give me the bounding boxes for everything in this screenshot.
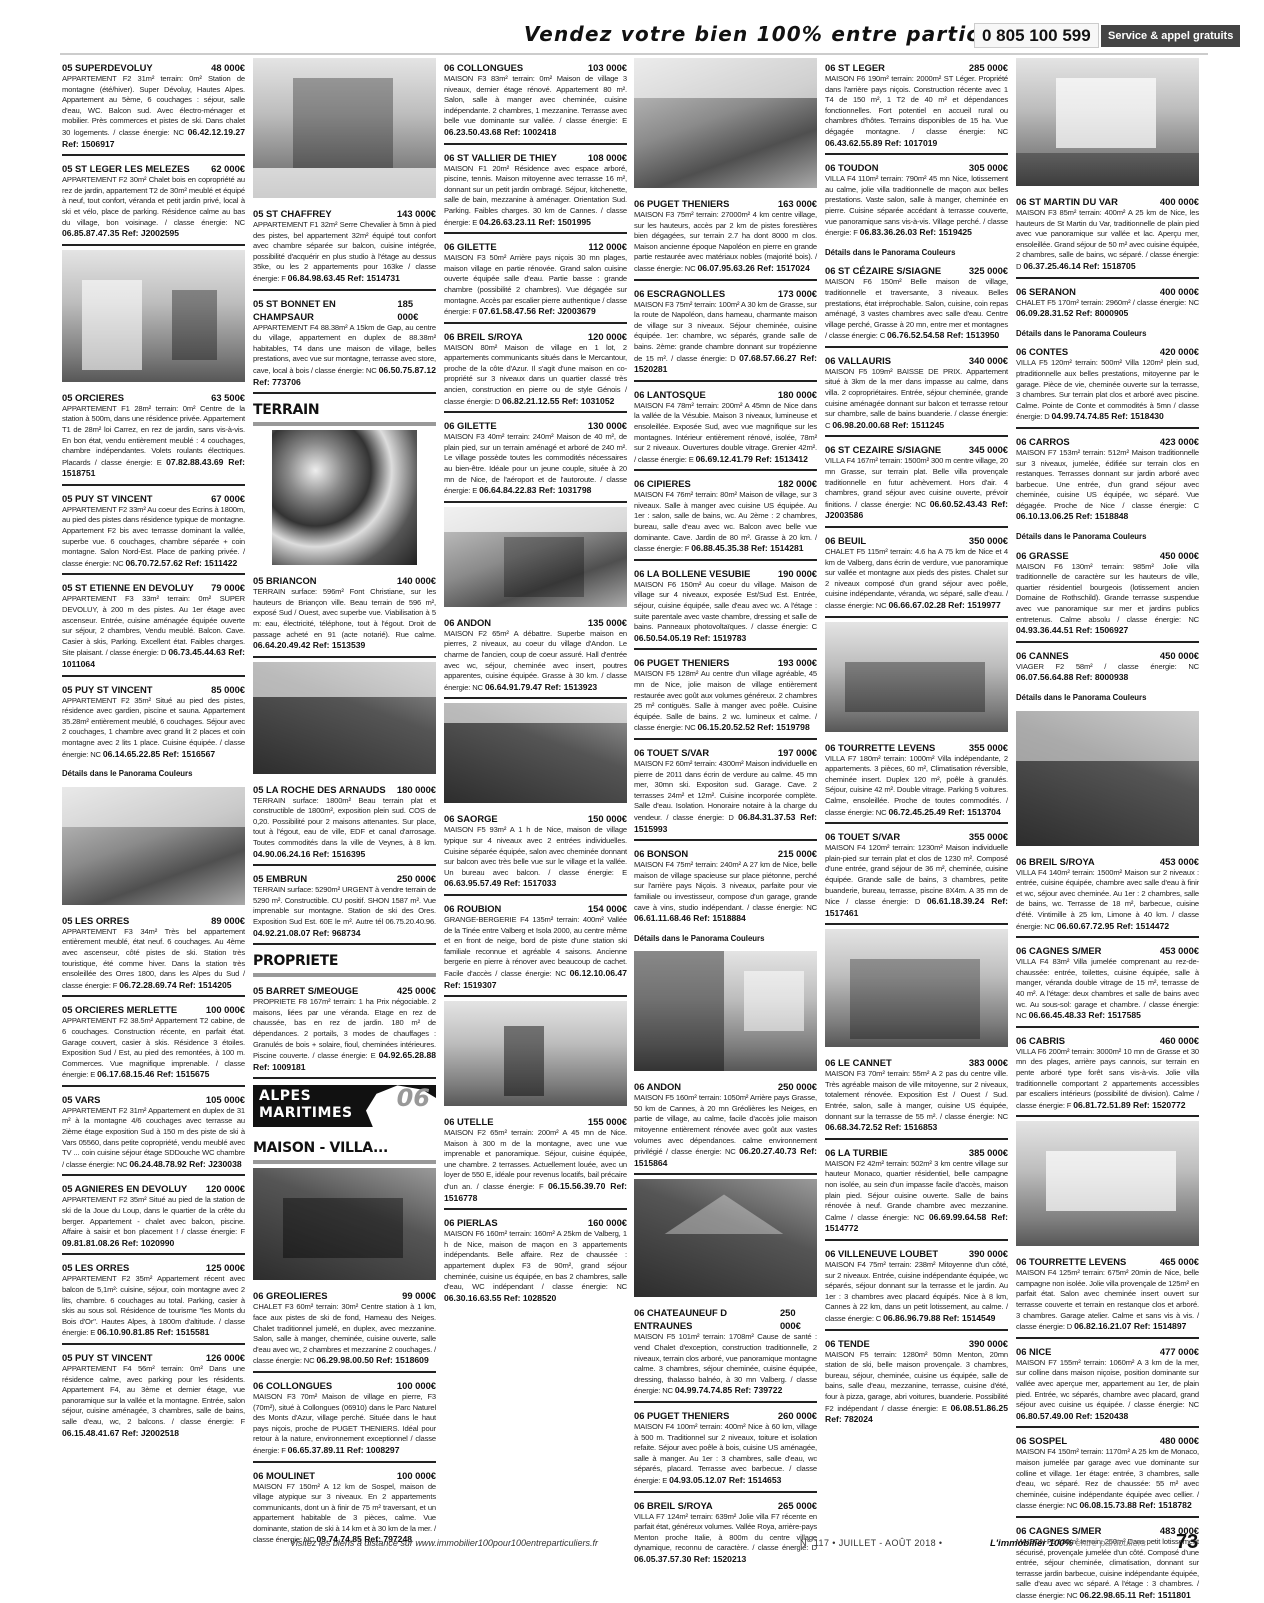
listing[interactable]: 06 GILETTE112 000€MAISON F3 50m² Arrière… <box>444 237 627 324</box>
listing[interactable]: 06 CIPIERES182 000€MAISON F4 76m² terrai… <box>634 474 817 561</box>
masthead: Vendez votre bien 100% entre particulier… <box>0 20 1264 54</box>
listing-price: 355 000€ <box>969 741 1008 754</box>
listing-description: TERRAIN surface: 5290m² URGENT à vendre … <box>253 885 436 926</box>
listing-contact[interactable]: 06.10.90.81.85 Ref: 1515581 <box>97 1327 209 1337</box>
listing-location: 05 ST BONNET EN CHAMPSAUR <box>253 297 397 323</box>
listing-contact[interactable]: 06.82.16.21.07 Ref: 1514897 <box>1074 1321 1186 1331</box>
listing[interactable]: 06 GRASSE450 000€MAISON F6 130m² terrain… <box>1016 546 1199 643</box>
listing-location: 06 GRASSE <box>1016 549 1069 562</box>
listing-price: 425 000€ <box>397 984 436 997</box>
listing-location: 06 ESCRAGNOLLES <box>634 287 725 300</box>
region-number: 06 <box>397 1093 430 1104</box>
listing-location: 05 ORCIERES <box>62 391 124 404</box>
listing-price: 105 000€ <box>206 1093 245 1106</box>
listing-location: 05 LA ROCHE DES ARNAUDS <box>253 783 386 796</box>
listing-location: 06 BREIL S/ROYA <box>634 1499 713 1512</box>
listing-contact[interactable]: 06.86.96.79.88 Ref: 1514549 <box>883 1313 995 1323</box>
listing-price: 62 000€ <box>211 162 245 175</box>
listing-price: 150 000€ <box>588 812 627 825</box>
listing-location: 06 BONSON <box>634 847 688 860</box>
listing-price: 465 000€ <box>1160 1255 1199 1268</box>
listing-location: 06 ST LEGER <box>825 61 885 74</box>
listing-contact[interactable]: 06.98.20.00.68 Ref: 1511245 <box>832 420 944 430</box>
header-divider <box>60 53 1208 55</box>
brand-prefix: L'immobilier 100% <box>990 1538 1073 1549</box>
listing-price: 450 000€ <box>1160 649 1199 662</box>
listing-price: 155 000€ <box>588 1115 627 1128</box>
listing-contact[interactable]: 06.82.21.12.55 Ref: 1031052 <box>502 396 614 406</box>
listing-price: 185 000€ <box>397 297 436 323</box>
listing[interactable]: 05 ST CHAFFREY143 000€APPARTEMENT F1 32m… <box>253 204 436 291</box>
listing-description: TERRAIN surface: 596m² Font Christiane, … <box>253 587 436 638</box>
listing-contact[interactable]: 06.10.13.06.25 Ref: 1518848 <box>1016 511 1128 521</box>
listing[interactable]: 06 VILLENEUVE LOUBET390 000€MAISON F4 75… <box>825 1244 1008 1331</box>
listing-price: 108 000€ <box>588 151 627 164</box>
listing-contact[interactable]: 06.08.15.73.88 Ref: 1518782 <box>1079 1500 1191 1510</box>
listing[interactable]: 06 TENDE390 000€MAISON F5 terrain: 1280m… <box>825 1334 1008 1430</box>
listing-price: 163 000€ <box>778 197 817 210</box>
listing-location: 06 CABRIS <box>1016 1034 1065 1047</box>
listing-photo <box>634 58 817 188</box>
listing-contact[interactable]: 06.30.16.63.55 Ref: 1028520 <box>444 1293 556 1303</box>
listing-location: 06 COLLONGUES <box>253 1379 332 1392</box>
listing-contact[interactable]: 04.90.06.24.16 Ref: 1516395 <box>253 849 365 859</box>
listing[interactable]: 06 ST CEZAIRE S/SIAGNE345 000€VILLA F4 1… <box>825 440 1008 528</box>
listing-contact[interactable]: 06.07.56.64.88 Ref: 8000938 <box>1016 672 1128 682</box>
listing-description: VIAGER F2 58m² / classe énergie: NC <box>1016 662 1199 671</box>
listing[interactable]: 06 GREOLIERES99 000€CHALET F3 60m² terra… <box>253 1286 436 1373</box>
listing[interactable]: 06 VALLAURIS340 000€MAISON F5 109m² BAIS… <box>825 351 1008 438</box>
listing[interactable]: 05 LES ORRES125 000€APPARTEMENT F2 35m² … <box>62 1258 245 1345</box>
phone-number[interactable]: 0 805 100 599 <box>974 23 1099 48</box>
listing-contact[interactable]: 06.60.67.72.95 Ref: 1514472 <box>1057 921 1169 931</box>
listing-price: 250 000€ <box>397 872 436 885</box>
listing-price: 79 000€ <box>211 581 245 594</box>
listing[interactable]: 06 TOURRETTE LEVENS465 000€MAISON F4 125… <box>1016 1252 1199 1339</box>
listing[interactable]: 06 ANDON135 000€MAISON F2 65m² A débattr… <box>444 613 627 700</box>
listing-photo <box>634 1179 817 1297</box>
listing[interactable]: 06 SOSPEL480 000€MAISON F4 150m² terrain… <box>1016 1431 1199 1518</box>
listing-contact[interactable]: 06.85.87.47.35 Ref: J2002595 <box>62 228 179 238</box>
slogan: Vendez votre bien 100% entre particulier… <box>524 22 1050 46</box>
listing-price: 453 000€ <box>1160 944 1199 957</box>
listing-location: 06 TOURRETTE LEVENS <box>825 741 935 754</box>
listing-description: CHALET F5 170m² terrain: 2960m² / classe… <box>1016 298 1199 307</box>
listing-contact[interactable]: 06.69.12.41.79 Ref: 1513412 <box>696 454 808 464</box>
listing-photo <box>1016 58 1199 186</box>
listing[interactable]: 06 ANDON250 000€MAISON F5 160m² terrain:… <box>634 1077 817 1175</box>
listing[interactable]: 05 ST LEGER LES MELEZES62 000€APPARTEMEN… <box>62 159 245 246</box>
listing-price: 460 000€ <box>1160 1034 1199 1047</box>
listing-price: 143 000€ <box>397 207 436 220</box>
listing-description: APPARTEMENT F2 30m² Chalet bois en copro… <box>62 175 245 226</box>
listing[interactable]: 06 PUGET THENIERS260 000€MAISON F4 100m²… <box>634 1406 817 1493</box>
listing-price: 390 000€ <box>969 1247 1008 1260</box>
listing-location: 05 BARRET S/MEOUGE <box>253 984 358 997</box>
listing-price: 180 000€ <box>397 783 436 796</box>
listing-contact[interactable]: 04.99.74.74.85 Ref: 739722 <box>675 1385 783 1395</box>
listing-photo <box>253 58 436 198</box>
listing-contact[interactable]: 06.07.95.63.26 Ref: 1517024 <box>697 263 809 273</box>
listing[interactable]: 06 SERANON400 000€CHALET F5 170m² terrai… <box>1016 282 1199 324</box>
listing-description: MAISON F6 190m² terrain: 2000m² ST Léger… <box>825 74 1008 136</box>
listing-location: 05 AGNIERES EN DEVOLUY <box>62 1182 187 1195</box>
listing-location: 06 GILETTE <box>444 240 497 253</box>
listing-price: 120 000€ <box>588 330 627 343</box>
listing-price: 400 000€ <box>1160 285 1199 298</box>
listing[interactable]: 06 LANTOSQUE180 000€MAISON F4 78m² terra… <box>634 385 817 472</box>
listing-price: 85 000€ <box>211 683 245 696</box>
panorama-note: Détails dans le Panorama Couleurs <box>62 767 245 783</box>
listing-location: 06 ANDON <box>634 1080 681 1093</box>
service-badge: Service & appel gratuits <box>1101 25 1240 47</box>
listing[interactable]: 06 CARROS423 000€MAISON F7 153m² terrain… <box>1016 432 1199 527</box>
listing-description: MAISON F7 155m² terrain: 1060m² A 3 km d… <box>1016 1358 1199 1409</box>
listing-contact[interactable]: 06.22.98.65.11 Ref: 1511801 <box>1079 1590 1190 1600</box>
listing-contact[interactable]: 06.64.84.22.83 Ref: 1031798 <box>479 485 591 495</box>
listing-price: 305 000€ <box>969 161 1008 174</box>
listing-price: 160 000€ <box>588 1216 627 1229</box>
listing-contact[interactable]: 06.24.48.78.92 Ref: J230038 <box>129 1159 241 1169</box>
section-title-terrain: TERRAIN <box>253 397 436 426</box>
listing[interactable]: 06 ST VALLIER DE THIEY108 000€MAISON F1 … <box>444 148 627 235</box>
listing-price: 154 000€ <box>588 902 627 915</box>
listing-photo <box>253 1168 436 1280</box>
listing-price: 450 000€ <box>1160 549 1199 562</box>
listing-contact[interactable]: 06.05.37.57.30 Ref: 1520213 <box>634 1554 746 1564</box>
listing-location: 06 GILETTE <box>444 419 497 432</box>
listing-location: 06 PUGET THENIERS <box>634 656 729 669</box>
listing-location: 06 COLLONGUES <box>444 61 523 74</box>
listing[interactable]: 05 PUY ST VINCENT67 000€APPARTEMENT F2 3… <box>62 489 245 576</box>
listing-contact[interactable]: 06.37.25.46.14 Ref: 1518705 <box>1023 261 1135 271</box>
listing[interactable]: 06 BEUIL350 000€CHALET F5 115m² terrain:… <box>825 531 1008 618</box>
listing-location: 05 PUY ST VINCENT <box>62 683 152 696</box>
listing-price: 453 000€ <box>1160 855 1199 868</box>
listing[interactable]: 06 CHATEAUNEUF D ENTRAUNES250 000€MAISON… <box>634 1303 817 1403</box>
region-banner: ALPES MARITIMES 06 <box>253 1085 436 1127</box>
listing-price: 265 000€ <box>778 1499 817 1512</box>
brand-suffix: entre particuliers <box>1076 1538 1146 1549</box>
listing-contact[interactable]: 06.43.62.55.89 Ref: 1017019 <box>825 138 937 148</box>
listing-contact[interactable]: 06.09.28.31.52 Ref: 8000905 <box>1016 308 1128 318</box>
listing-contact[interactable]: 06.29.98.00.50 Ref: 1518609 <box>316 1355 428 1365</box>
listing[interactable]: 06 CABRIS460 000€VILLA F6 200m² terrain:… <box>1016 1031 1199 1118</box>
listing-location: 05 SUPERDEVOLUY <box>62 61 153 74</box>
listing-location: 06 PUGET THENIERS <box>634 197 729 210</box>
listing-contact[interactable]: 04.99.74.74.85 Ref: 1518430 <box>1052 411 1164 421</box>
listing-price: 126 000€ <box>206 1351 245 1364</box>
listing-contact[interactable]: 04.93.05.12.07 Ref: 1514653 <box>669 1475 781 1485</box>
listing-location: 05 ST LEGER LES MELEZES <box>62 162 190 175</box>
listing-location: 06 PUGET THENIERS <box>634 1409 729 1422</box>
listing-contact[interactable]: 06.72.28.69.74 Ref: 1514205 <box>119 980 231 990</box>
listing[interactable]: 06 CONTES420 000€VILLA F5 120m² terrain:… <box>1016 342 1199 429</box>
listing-location: 06 ST MARTIN DU VAR <box>1016 195 1118 208</box>
listing-contact[interactable]: 06.88.45.35.38 Ref: 1514281 <box>691 543 803 553</box>
listing[interactable]: 06 UTELLE155 000€MAISON F2 65m² terrain:… <box>444 1112 627 1210</box>
listing-location: 06 SERANON <box>1016 285 1076 298</box>
page-number: 73 <box>1176 1531 1198 1554</box>
listing-contact[interactable]: 06.14.65.22.85 Ref: 1516567 <box>103 749 215 759</box>
listing-price: 193 000€ <box>778 656 817 669</box>
listing-price: 385 000€ <box>969 1146 1008 1159</box>
column-4: 06 PUGET THENIERS163 000€MAISON F3 75m² … <box>634 58 817 1573</box>
listing-price: 420 000€ <box>1160 345 1199 358</box>
listing-price: 355 000€ <box>969 830 1008 843</box>
listing[interactable]: 06 CANNES450 000€VIAGER F2 58m² / classe… <box>1016 646 1199 688</box>
listing-price: 103 000€ <box>588 61 627 74</box>
listing[interactable]: 06 COLLONGUES103 000€MAISON F3 83m² terr… <box>444 58 627 145</box>
listing-price: 99 000€ <box>402 1289 436 1302</box>
listing-price: 63 500€ <box>211 391 245 404</box>
listing-contact[interactable]: 06.76.52.54.58 Ref: 1513950 <box>887 330 999 340</box>
column-3: 06 COLLONGUES103 000€MAISON F3 83m² terr… <box>444 58 627 1311</box>
publication-brand: L'immobilier 100% entre particuliers <box>990 1538 1146 1549</box>
listing-price: 215 000€ <box>778 847 817 860</box>
listing-description: MAISON F6 150m² Au coeur du village. Mai… <box>634 580 817 631</box>
listing-price: 100 000€ <box>206 1003 245 1016</box>
listing[interactable]: 06 BONSON215 000€MAISON F4 75m² terrain:… <box>634 844 817 929</box>
listing-location: 06 VALLAURIS <box>825 354 891 367</box>
listing-contact[interactable]: 06.65.37.89.11 Ref: 1008297 <box>288 1445 400 1455</box>
listing-contact[interactable]: 06.64.91.79.47 Ref: 1513923 <box>485 682 597 692</box>
issue-info: N° 117 • JUILLET - AOÛT 2018 • <box>800 1538 942 1548</box>
listing-contact[interactable]: 06.17.68.15.46 Ref: 1515675 <box>97 1069 209 1079</box>
listing-location: 06 UTELLE <box>444 1115 494 1128</box>
listing-photo <box>444 507 627 607</box>
listing-price: 135 000€ <box>588 616 627 629</box>
listing-location: 06 CARROS <box>1016 435 1070 448</box>
listing[interactable]: 06 LE CANNET383 000€MAISON F3 70m² terra… <box>825 1053 1008 1140</box>
listing-photo <box>444 1001 627 1106</box>
listing-price: 250 000€ <box>780 1306 817 1332</box>
listing-description: TERRAIN surface: 1800m² Beau terrain pla… <box>253 796 436 847</box>
listing-contact[interactable]: 06.23.50.43.68 Ref: 1002418 <box>444 127 556 137</box>
listing-location: 06 NICE <box>1016 1345 1051 1358</box>
listing[interactable]: 06 TOURRETTE LEVENS355 000€VILLA F7 180m… <box>825 738 1008 825</box>
section-title-maison-villa: MAISON - VILLA... <box>253 1135 436 1164</box>
listing[interactable]: 06 TOUET S/VAR355 000€MAISON F4 120m² te… <box>825 827 1008 925</box>
listing-location: 06 BREIL S/ROYA <box>1016 855 1095 868</box>
listing-location: 06 GREOLIERES <box>253 1289 328 1302</box>
listing-contact[interactable]: 04.93.36.44.51 Ref: 1506927 <box>1016 625 1128 635</box>
listing[interactable]: 05 VARS105 000€APPARTEMENT F2 31m² Appar… <box>62 1090 245 1177</box>
listing[interactable]: 06 LA BOLLENE VESUBIE190 000€MAISON F6 1… <box>634 564 817 651</box>
listing[interactable]: 06 PIERLAS160 000€MAISON F6 160m² terrai… <box>444 1213 627 1308</box>
listing-contact[interactable]: 06.81.72.51.89 Ref: 1520772 <box>1073 1100 1185 1110</box>
listing-photo <box>62 787 245 905</box>
listing[interactable]: 05 ST ETIENNE EN DEVOLUY79 000€APPARTEME… <box>62 578 245 676</box>
listing-location: 06 PIERLAS <box>444 1216 498 1229</box>
listing-location: 06 ST CEZAIRE S/SIAGNE <box>825 443 941 456</box>
listing[interactable]: 06 CAGNES S/MER453 000€VILLA F4 83m² Vil… <box>1016 941 1199 1028</box>
listing-location: 06 BEUIL <box>825 534 866 547</box>
listing-contact[interactable]: 06.70.72.57.62 Ref: 1511422 <box>125 558 237 568</box>
listing[interactable]: 05 SUPERDEVOLUY48 000€APPARTEMENT F2 31m… <box>62 58 245 156</box>
column-1: 05 SUPERDEVOLUY48 000€APPARTEMENT F2 31m… <box>62 58 245 1446</box>
listing-price: 383 000€ <box>969 1056 1008 1069</box>
listing-price: 400 000€ <box>1160 195 1199 208</box>
listing-contact[interactable]: 06.68.34.72.52 Ref: 1516853 <box>825 1122 937 1132</box>
listing-photo <box>253 662 436 774</box>
listing-location: 05 PUY ST VINCENT <box>62 1351 152 1364</box>
listing-photo <box>62 250 245 382</box>
listing-price: 67 000€ <box>211 492 245 505</box>
page-footer: Visitez les biens à distance sur www.imm… <box>0 1535 1264 1555</box>
listing[interactable]: 06 COLLONGUES100 000€MAISON F3 70m² Mais… <box>253 1376 436 1463</box>
listing-location: 05 ST ETIENNE EN DEVOLUY <box>62 581 194 594</box>
listing-location: 06 TOUET S/VAR <box>634 746 709 759</box>
listing-location: 06 TOUET S/VAR <box>825 830 900 843</box>
listing-location: 06 CANNES <box>1016 649 1069 662</box>
listing-location: 06 CONTES <box>1016 345 1068 358</box>
listing[interactable]: 06 LA TURBIE385 000€MAISON F2 42m² terra… <box>825 1143 1008 1241</box>
listing-price: 100 000€ <box>397 1379 436 1392</box>
listing[interactable]: 06 PUGET THENIERS163 000€MAISON F3 75m² … <box>634 194 817 281</box>
listing[interactable]: 06 ROUBION154 000€GRANGE-BERGERIE F4 135… <box>444 899 627 997</box>
listing-photo <box>1016 1121 1199 1246</box>
listing[interactable]: 06 TOUDON305 000€VILLA F4 110m² terrain:… <box>825 158 1008 243</box>
listing-contact[interactable]: 06.15.20.52.52 Ref: 1519798 <box>697 722 809 732</box>
listing-description: MAISON F5 93m² A 1 h de Nice, maison de … <box>444 825 627 876</box>
listing[interactable]: 06 BREIL S/ROYA120 000€MAISON 80m² Maiso… <box>444 327 627 414</box>
listing-price: 182 000€ <box>778 477 817 490</box>
listing-price: 89 000€ <box>211 914 245 927</box>
listing-location: 06 TENDE <box>825 1337 870 1350</box>
listing[interactable]: 05 ORCIERES MERLETTE100 000€APPARTEMENT … <box>62 1000 245 1087</box>
column-2: 05 ST CHAFFREY143 000€APPARTEMENT F1 32m… <box>253 58 436 1553</box>
listing-photo <box>825 622 1008 732</box>
listing-location: 06 TOURRETTE LEVENS <box>1016 1255 1126 1268</box>
listing-photo <box>272 430 417 565</box>
listing-contact[interactable]: 06.61.11.68.46 Ref: 1518884 <box>634 913 746 923</box>
listing-contact[interactable]: 07.61.58.47.56 Ref: J2003679 <box>479 306 596 316</box>
listing-contact[interactable]: 06.80.57.49.00 Ref: 1520438 <box>1016 1411 1128 1421</box>
listing[interactable]: 06 ST CÉZAIRE S/SIAGNE325 000€MAISON F6 … <box>825 261 1008 348</box>
listing[interactable]: 05 ORCIERES63 500€APPARTEMENT F1 28m² te… <box>62 388 245 486</box>
listing-price: 423 000€ <box>1160 435 1199 448</box>
listing[interactable]: 06 ESCRAGNOLLES173 000€MAISON F3 75m² te… <box>634 284 817 382</box>
listing-location: 06 LA BOLLENE VESUBIE <box>634 567 750 580</box>
panorama-note: Détails dans le Panorama Couleurs <box>1016 691 1199 707</box>
listing-price: 197 000€ <box>778 746 817 759</box>
listing-location: 05 ORCIERES MERLETTE <box>62 1003 177 1016</box>
listing[interactable]: 05 BARRET S/MEOUGE425 000€PROPRIETE F8 1… <box>253 981 436 1079</box>
listing-price: 120 000€ <box>206 1182 245 1195</box>
listing[interactable]: 06 BREIL S/ROYA265 000€VILLA F7 124m² te… <box>634 1496 817 1570</box>
listing[interactable]: 06 NICE477 000€MAISON F7 155m² terrain: … <box>1016 1342 1199 1429</box>
listing-contact[interactable]: 06.15.48.41.67 Ref: J2002518 <box>62 1428 179 1438</box>
listing-description: APPARTEMENT F4 56m² terrain: 0m² Dans un… <box>62 1364 245 1426</box>
listing-location: 06 LA TURBIE <box>825 1146 888 1159</box>
listing-price: 125 000€ <box>206 1261 245 1274</box>
listing-contact[interactable]: 06.66.67.02.28 Ref: 1519977 <box>888 600 1000 610</box>
listing-location: 06 ST CÉZAIRE S/SIAGNE <box>825 264 941 277</box>
listing-location: 06 ANDON <box>444 616 491 629</box>
listing-location: 05 PUY ST VINCENT <box>62 492 152 505</box>
listing[interactable]: 05 ST BONNET EN CHAMPSAUR185 000€APPARTE… <box>253 294 436 395</box>
listing-contact[interactable]: 06.83.36.26.03 Ref: 1519425 <box>860 227 972 237</box>
listing-location: 06 ROUBION <box>444 902 501 915</box>
listing-location: 06 MOULINET <box>253 1469 315 1482</box>
listing-location: 06 LE CANNET <box>825 1056 892 1069</box>
listing-price: 480 000€ <box>1160 1434 1199 1447</box>
listing-location: 05 LES ORRES <box>62 914 129 927</box>
website-link[interactable]: Visitez les biens à distance sur www.imm… <box>290 1538 598 1548</box>
listing[interactable]: 06 TOUET S/VAR197 000€MAISON F2 60m² ter… <box>634 743 817 841</box>
listing[interactable]: 06 ST LEGER285 000€MAISON F6 190m² terra… <box>825 58 1008 155</box>
listing-location: 06 LANTOSQUE <box>634 388 706 401</box>
listing-description: MAISON F6 130m² terrain: 985m² Jolie vil… <box>1016 562 1199 624</box>
listing-price: 390 000€ <box>969 1337 1008 1350</box>
listing-contact[interactable]: 06.72.45.25.49 Ref: 1513704 <box>888 807 1000 817</box>
listing[interactable]: 05 AGNIERES EN DEVOLUY120 000€APPARTEMEN… <box>62 1179 245 1255</box>
listing-location: 05 BRIANCON <box>253 574 317 587</box>
listing[interactable]: 06 ST MARTIN DU VAR400 000€MAISON F3 85m… <box>1016 192 1199 279</box>
listing-price: 130 000€ <box>588 419 627 432</box>
listing-price: 345 000€ <box>969 443 1008 456</box>
listing[interactable]: 05 EMBRUN250 000€TERRAIN surface: 5290m²… <box>253 869 436 945</box>
section-title-propriete: PROPRIETE <box>253 948 436 977</box>
listing-location: 05 EMBRUN <box>253 872 307 885</box>
listing-price: 477 000€ <box>1160 1345 1199 1358</box>
listing-contact[interactable]: 09.81.81.08.26 Ref: 1020990 <box>62 1238 174 1248</box>
column-6: 06 ST MARTIN DU VAR400 000€MAISON F3 85m… <box>1016 58 1199 1603</box>
listing-location: 06 VILLENEUVE LOUBET <box>825 1247 938 1260</box>
listing[interactable]: 05 LA ROCHE DES ARNAUDS180 000€TERRAIN s… <box>253 780 436 867</box>
listing-contact[interactable]: 06.84.98.63.45 Ref: 1514731 <box>288 273 400 283</box>
listing-location: 06 SOSPEL <box>1016 1434 1067 1447</box>
listing-price: 48 000€ <box>211 61 245 74</box>
panorama-note: Détails dans le Panorama Couleurs <box>634 932 817 948</box>
listing-photo <box>444 703 627 803</box>
listing-contact[interactable]: 04.92.21.08.07 Ref: 968734 <box>253 928 361 938</box>
panorama-note: Détails dans le Panorama Couleurs <box>1016 327 1199 343</box>
listing-contact[interactable]: 04.26.63.23.11 Ref: 1501995 <box>479 217 591 227</box>
listing-description: MAISON F3 70m² terrain: 55m² A 2 pas du … <box>825 1069 1008 1120</box>
panorama-note: Détails dans le Panorama Couleurs <box>825 246 1008 262</box>
listing[interactable]: 06 PUGET THENIERS193 000€MAISON F5 128m²… <box>634 653 817 740</box>
listing-contact[interactable]: 06.63.95.57.49 Ref: 1517033 <box>444 878 556 888</box>
listing-location: 06 TOUDON <box>825 161 879 174</box>
listing-price: 190 000€ <box>778 567 817 580</box>
listing-location: 06 CHATEAUNEUF D ENTRAUNES <box>634 1306 780 1332</box>
listing[interactable]: 06 BREIL S/ROYA453 000€VILLA F4 140m² te… <box>1016 852 1199 939</box>
listing[interactable]: 06 SAORGE150 000€MAISON F5 93m² A 1 h de… <box>444 809 627 896</box>
listing-photo <box>1016 711 1199 846</box>
listing[interactable]: 06 GILETTE130 000€MAISON F3 40m² terrain… <box>444 416 627 503</box>
listing-price: 285 000€ <box>969 61 1008 74</box>
listing[interactable]: 05 LES ORRES89 000€APPARTEMENT F3 34m² T… <box>62 911 245 998</box>
listing-description: MAISON F4 75m² terrain: 240m² A 27 km de… <box>634 860 817 911</box>
listing-contact[interactable]: 06.66.45.48.33 Ref: 1517585 <box>1029 1010 1141 1020</box>
listing-price: 350 000€ <box>969 534 1008 547</box>
listing-description: MAISON F3 83m² terrain: 0m² Maison de vi… <box>444 74 627 125</box>
listing-contact[interactable]: 06.50.54.05.19 Ref: 1519783 <box>634 633 746 643</box>
listing-location: 05 LES ORRES <box>62 1261 129 1274</box>
listing[interactable]: 06 CAGNES S/MER483 000€MAISON F5 130m² t… <box>1016 1521 1199 1603</box>
listing[interactable]: 05 PUY ST VINCENT85 000€APPARTEMENT F2 3… <box>62 680 245 765</box>
listing-price: 112 000€ <box>588 240 627 253</box>
listing-price: 260 000€ <box>778 1409 817 1422</box>
listing[interactable]: 05 BRIANCON140 000€TERRAIN surface: 596m… <box>253 571 436 658</box>
listing-location: 06 CIPIERES <box>634 477 691 490</box>
listing-description: MAISON F7 153m² terrain: 512m² Maison tr… <box>1016 448 1199 510</box>
listing[interactable]: 05 PUY ST VINCENT126 000€APPARTEMENT F4 … <box>62 1348 245 1443</box>
column-5: 06 ST LEGER285 000€MAISON F6 190m² terra… <box>825 58 1008 1433</box>
listing-contact[interactable]: 06.64.20.49.42 Ref: 1513539 <box>253 640 365 650</box>
